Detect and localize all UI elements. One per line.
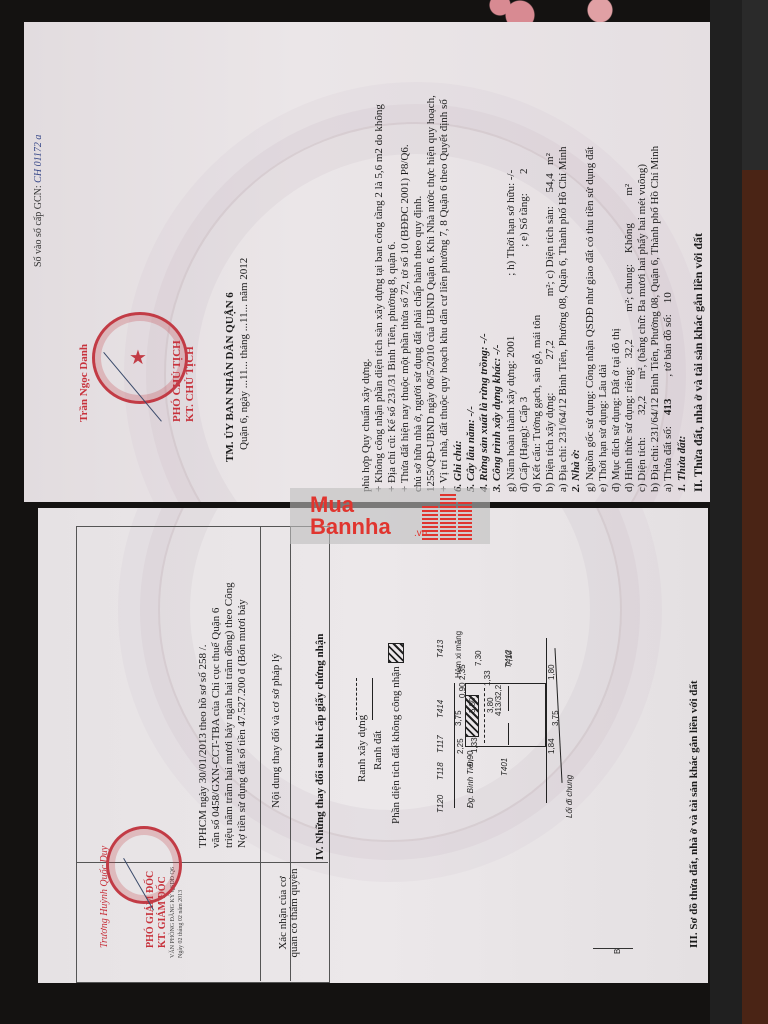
dim-label: 2,25	[456, 738, 465, 754]
land-origin: g) Nguồn gốc sử dụng: Công nhận QSDĐ như…	[584, 147, 597, 492]
note-line: + Thửa đất hiện nay thuộc một phần thửa …	[399, 144, 412, 492]
legend-solid-line-icon	[372, 678, 373, 720]
land-purpose: đ) Mục đích sử dụng: Đất ở tại đô thị	[610, 328, 623, 492]
land-address: b) Địa chỉ: 231/64/12 Bình Tiên, Phường …	[649, 146, 662, 492]
perennial-trees: 5. Cây lâu năm: -/-	[465, 406, 478, 492]
legend-dashed-line-icon	[356, 678, 357, 720]
land-parcel-number: a) Thửa đất số: 413 , tờ bản đồ số: 10	[662, 292, 675, 492]
note-line: 1255/QĐ-UBND ngày 06/5/2010 của UBND Quậ…	[425, 95, 438, 492]
table-divider	[260, 526, 261, 981]
dim-label: 1,33	[483, 670, 492, 686]
wooden-table	[742, 170, 768, 1024]
section-2-title: II. Thửa đất, nhà ở và tài sản khác gắn …	[692, 233, 705, 492]
change-entry-line: Nợ tiền sử dụng đất số tiền 47.527.200 đ…	[236, 599, 249, 848]
legend-item-hatch: Phần diện tích đất không công nhận	[390, 666, 403, 824]
change-entry-line: triệu năm trăm hai mươi bảy ngàn hai tră…	[223, 582, 236, 848]
certificate-page-1: II. Thửa đất, nhà ở và tài sản khác gắn …	[24, 22, 710, 502]
mua-ban-nha-watermark: Mua Bannha .vn	[290, 488, 490, 544]
neighbor-label: T412	[504, 650, 513, 668]
house-grade: đ) Cấp (Hạng): Cấp 3; e) Số tầng: 2	[518, 168, 531, 492]
section-3-title: III. Sơ đồ thửa đất, nhà ở và tài sản kh…	[688, 680, 701, 948]
confirm-date: Ngày 02 tháng 02 năm 2013	[178, 890, 185, 958]
dim-label: 7,30	[474, 650, 483, 666]
dim-label: 3,75	[551, 710, 560, 726]
issuing-authority: TM. ỦY BAN NHÂN DÂN QUẬN 6	[224, 292, 237, 462]
folder-edge	[710, 0, 744, 1024]
dim-label: 0,90	[458, 682, 467, 698]
neighbor-label: T117	[436, 735, 445, 753]
forest: 4. Rừng sản xuất là rừng trồng: -/-	[478, 333, 491, 492]
note-line: + Vị trí nhà, đất thuộc quy hoạch khu dâ…	[438, 99, 451, 492]
note-line: phù hợp Quy chuẩn xây dựng.	[360, 359, 373, 492]
dim-label: 1,33	[470, 737, 479, 753]
house-structure: d) Kết cấu: Tường gạch, sàn gỗ, mái tôn	[531, 315, 544, 492]
legend-item-dashed: Ranh xây dựng	[356, 715, 369, 782]
dim-label: 5,80	[468, 697, 477, 713]
background-top-right	[742, 0, 768, 170]
neighbor-label: T118	[436, 762, 445, 780]
dim-label: 3,75	[454, 710, 463, 726]
land-term: e) Thời hạn sử dụng: Lâu dài	[597, 364, 610, 492]
dim-label: 1,80	[547, 664, 556, 680]
issue-date: Quận 6, ngày ...11... tháng ...11... năm…	[238, 258, 251, 450]
dim-label: 1,84	[547, 738, 556, 754]
table-header-confirmation: Xác nhận của cơ quan có thẩm quyền	[278, 868, 300, 958]
parcel-label: 413/32,2	[494, 685, 503, 716]
lane-label: Lối đi chung	[565, 775, 574, 818]
land-heading: 1. Thửa đất:	[676, 436, 689, 492]
stamp-star-icon: ★	[129, 345, 147, 370]
land-usage-form: d) Hình thức sử dụng: riêng: 32,2 m²; ch…	[623, 184, 636, 492]
register-number: Số vào sổ cấp GCN: CH 01172 a	[32, 135, 45, 267]
house-address: a) Địa chỉ: 231/64/12 Bình Tiên, Phường …	[557, 146, 570, 492]
table-header-changes: Nội dung thay đổi và cơ sở pháp lý	[270, 653, 283, 808]
note-line: + Địa chỉ cũ: Kế số 231/31 Bình Tiên, ph…	[386, 241, 399, 492]
watermark-line-1: Mua	[310, 494, 354, 516]
house-year: g) Năm hoàn thành xây dựng: 2001; h) Thờ…	[505, 170, 518, 492]
official-stamp: ★	[92, 312, 188, 404]
neighbor-label: T401	[500, 758, 509, 776]
legend-item-solid: Ranh đất	[372, 731, 385, 770]
dim-label: 3,80	[486, 697, 495, 713]
certificate-page-2: III. Sơ đồ thửa đất, nhà ở và tài sản kh…	[38, 508, 708, 983]
street-label: Hẻm xi măng	[454, 631, 463, 678]
change-entry-line: văn số 0458/GXN-CCT-TBA của Chi cục thuế…	[210, 608, 223, 848]
other-construction: 3. Công trình xây dựng khác: -/-	[491, 345, 504, 492]
signer-name: Trần Ngọc Danh	[78, 344, 91, 422]
land-area: c) Diện tích: 32,2 m², (bằng chữ: Ba mươ…	[636, 164, 649, 492]
house-built-area: b) Diện tích xây dựng: 27,2 m²; c) Diện …	[544, 153, 557, 492]
change-entry-line: TPHCM ngày 30/01/2013 theo hồ sơ số 258 …	[197, 644, 210, 848]
north-arrow-label: B	[613, 949, 622, 954]
neighbor-label: T413	[436, 640, 445, 658]
legend-hatch-icon	[388, 643, 404, 663]
neighbor-label: T414	[436, 700, 445, 718]
watermark-line-2: Bannha	[310, 516, 391, 538]
house-heading: 2. Nhà ở:	[570, 449, 583, 492]
note-line: + Không công nhận phần diện tích sàn xây…	[373, 104, 386, 492]
neighbor-label: T120	[436, 795, 445, 813]
note-line: chủ sở hữu nhà ở, người sử dụng đất phải…	[412, 196, 425, 492]
street-label: Đg. Bình Tiên	[466, 759, 475, 808]
notes-heading: 6. Ghi chú:	[452, 440, 465, 492]
